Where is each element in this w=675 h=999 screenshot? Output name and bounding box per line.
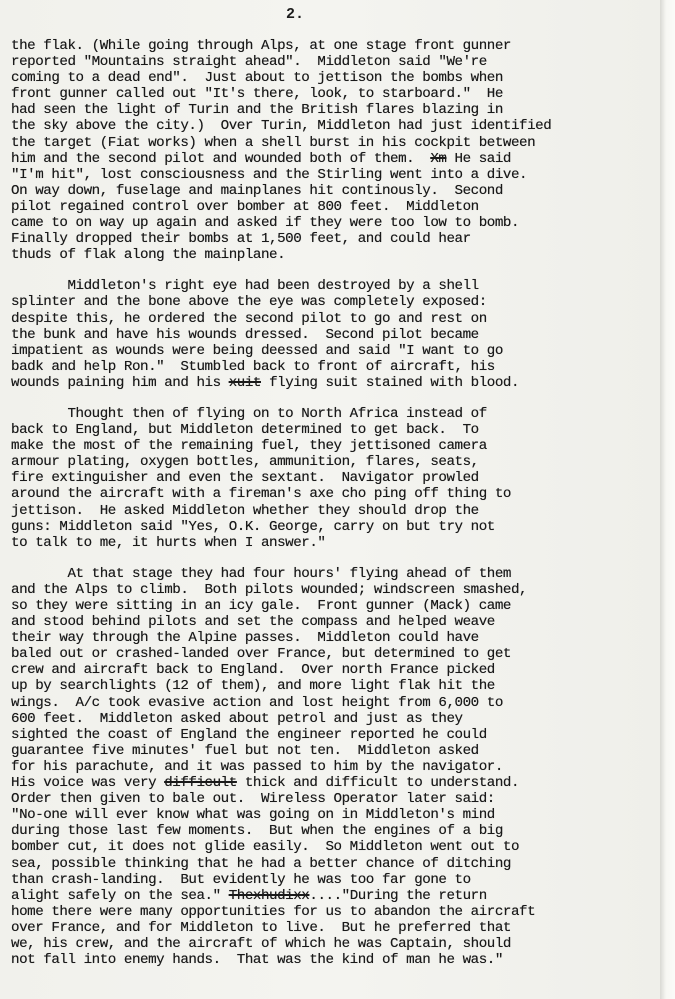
struck-text: xuit [229,375,261,391]
text-line: despite this, he ordered the second pilo… [11,311,671,327]
paragraph: Middleton's right eye had been destroyed… [11,278,671,391]
text-line: baled out or crashed-landed over France,… [11,646,671,662]
text-line: "I'm hit", lost consciousness and the St… [11,167,671,183]
page-number: 2. [0,6,590,23]
text-line: came to on way up again and asked if the… [11,215,671,231]
text-line: and the Alps to climb. Both pilots wound… [11,582,671,598]
text-line: jettison. He asked Middleton whether the… [11,503,671,519]
text-line: the bunk and have his wounds dressed. Se… [11,327,671,343]
text-line: fire extinguisher and even the sextant. … [11,470,671,486]
text-line: splinter and the bone above the eye was … [11,294,671,310]
paragraph: Thought then of flying on to North Afric… [11,406,671,551]
text-line: up by searchlights (12 of them), and mor… [11,678,671,694]
text-line: sighted the coast of England the enginee… [11,727,671,743]
text-line: during those last few moments. But when … [11,823,671,839]
text-line: "No-one will ever know what was going on… [11,807,671,823]
text-line: badk and help Ron." Stumbled back to fro… [11,359,671,375]
text-line: him and the second pilot and wounded bot… [11,151,671,167]
text-line: crew and aircraft back to England. Over … [11,662,671,678]
text-line: for his parachute, and it was passed to … [11,759,671,775]
struck-text: Thexhudixx [229,888,310,904]
text-line: alight safely on the sea." Thexhudixx...… [11,888,671,904]
paragraph: the flak. (While going through Alps, at … [11,38,671,263]
text-line: we, his crew, and the aircraft of which … [11,936,671,952]
text-line: guarantee five minutes' fuel but not ten… [11,743,671,759]
text-line: At that stage they had four hours' flyin… [11,566,671,582]
text-line: Order then given to bale out. Wireless O… [11,791,671,807]
text-line: wings. A/c took evasive action and lost … [11,695,671,711]
text-line: His voice was very difficult thick and d… [11,775,671,791]
text-line: make the most of the remaining fuel, the… [11,438,671,454]
text-line: and stood behind pilots and set the comp… [11,614,671,630]
text-line: the sky above the city.) Over Turin, Mid… [11,118,671,134]
text-line: reported "Mountains straight ahead". Mid… [11,54,671,70]
text-line: sea, possible thinking that he had a bet… [11,856,671,872]
text-line: their way through the Alpine passes. Mid… [11,630,671,646]
text-line: wounds paining him and his xuit flying s… [11,375,671,391]
text-line: so they were sitting in an icy gale. Fro… [11,598,671,614]
text-line: home there were many opportunities for u… [11,904,671,920]
text-line: the target (Fiat works) when a shell bur… [11,135,671,151]
text-line: thuds of flak along the mainplane. [11,247,671,263]
text-line: Finally dropped their bombs at 1,500 fee… [11,231,671,247]
struck-text: difficult [164,775,237,791]
text-line: 600 feet. Middleton asked about petrol a… [11,711,671,727]
text-line: over France, and for Middleton to live. … [11,920,671,936]
text-line: than crash-landing. But evidently he was… [11,872,671,888]
text-line: around the aircraft with a fireman's axe… [11,486,671,502]
struck-text: Xm [430,151,446,167]
text-line: On way down, fuselage and mainplanes hit… [11,183,671,199]
text-line: coming to a dead end". Just about to jet… [11,70,671,86]
text-line: front gunner called out "It's there, loo… [11,86,671,102]
page-edge [660,0,675,999]
document-body: the flak. (While going through Alps, at … [11,38,671,983]
text-line: pilot regained control over bomber at 80… [11,199,671,215]
paragraph: At that stage they had four hours' flyin… [11,566,671,968]
text-line: had seen the light of Turin and the Brit… [11,102,671,118]
text-line: Thought then of flying on to North Afric… [11,406,671,422]
text-line: guns: Middleton said "Yes, O.K. George, … [11,519,671,535]
text-line: armour plating, oxygen bottles, ammuniti… [11,454,671,470]
text-line: Middleton's right eye had been destroyed… [11,278,671,294]
text-line: not fall into enemy hands. That was the … [11,952,671,968]
text-line: back to England, but Middleton determine… [11,422,671,438]
typewritten-page: 2. the flak. (While going through Alps, … [0,0,660,999]
text-line: bomber cut, it does not glide easily. So… [11,839,671,855]
text-line: impatient as wounds were being deessed a… [11,343,671,359]
text-line: the flak. (While going through Alps, at … [11,38,671,54]
text-line: to talk to me, it hurts when I answer." [11,535,671,551]
